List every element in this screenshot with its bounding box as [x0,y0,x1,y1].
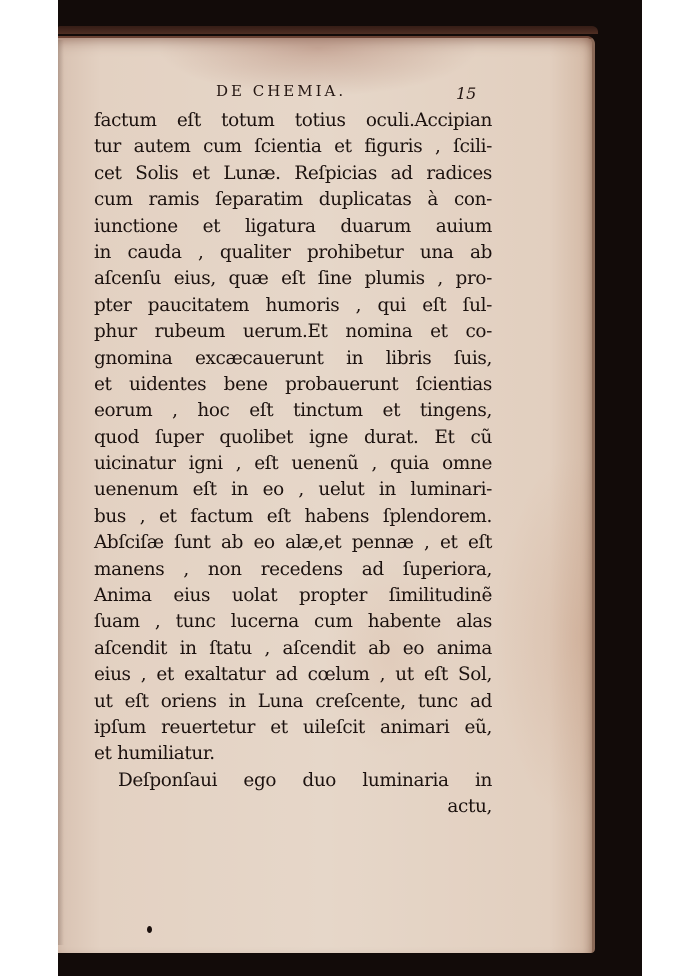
text-line: phur rubeum uerum.Et nomina et co- [94,319,492,345]
running-head: DE CHEMIA. [216,82,346,100]
page-gutter-shadow [58,40,64,945]
text-line: in cauda , qualiter prohibetur una ab [94,240,492,266]
text-line: Abſciſæ ſunt ab eo alæ,et pennæ , et eſt [94,530,492,556]
paragraph-2-first-line: Deſponſaui ego duo luminaria in [94,768,492,794]
text-line: bus , et factum eſt habens ſplendorem. [94,504,492,530]
text-line: aſcendit in ſtatu , aſcendit ab eo anima [94,636,492,662]
text-line: tur autem cum ſcientia et figuris , ſcil… [94,134,492,160]
page-number: 15 [456,84,476,103]
body-text: factum eſt totum totius oculi.Accipian t… [94,108,492,821]
text-line: eius , et exaltatur ad cœlum , ut eſt So… [94,662,492,688]
text-line: pter paucitatem humoris , qui eſt ſul- [94,293,492,319]
text-line: cet Solis et Lunæ. Reſpicias ad radices [94,161,492,187]
ink-spot [147,926,152,933]
text-line: uicinatur igni , eſt uenenũ , quia omne [94,451,492,477]
book-top-edge [58,26,598,34]
text-line: factum eſt totum totius oculi.Accipian [94,108,492,134]
catchword: actu, [94,794,492,820]
text-line: ut eſt oriens in Luna creſcente, tunc ad [94,689,492,715]
text-line: aſcenſu eius, quæ eſt ſine plumis , pro- [94,266,492,292]
text-line: Anima eius uolat propter ſimilitudinẽ [94,583,492,609]
text-line: cum ramis ſeparatim duplicatas à con- [94,187,492,213]
text-line: eorum , hoc eſt tinctum et tingens, [94,398,492,424]
text-line: quod ſuper quolibet igne durat. Et cũ [94,425,492,451]
text-line: ſuam , tunc lucerna cum habente alas [94,609,492,635]
text-line: uenenum eſt in eo , uelut in luminari- [94,477,492,503]
text-line: ipſum reuertetur et uileſcit animari eũ, [94,715,492,741]
text-line: et uidentes bene probauerunt ſcientias [94,372,492,398]
text-line-paragraph-end: et humiliatur. [94,741,492,767]
text-line: iunctione et ligatura duarum auium [94,214,492,240]
text-line: gnomina excæcauerunt in libris ſuis, [94,346,492,372]
text-line: manens , non recedens ad ſuperiora, [94,557,492,583]
